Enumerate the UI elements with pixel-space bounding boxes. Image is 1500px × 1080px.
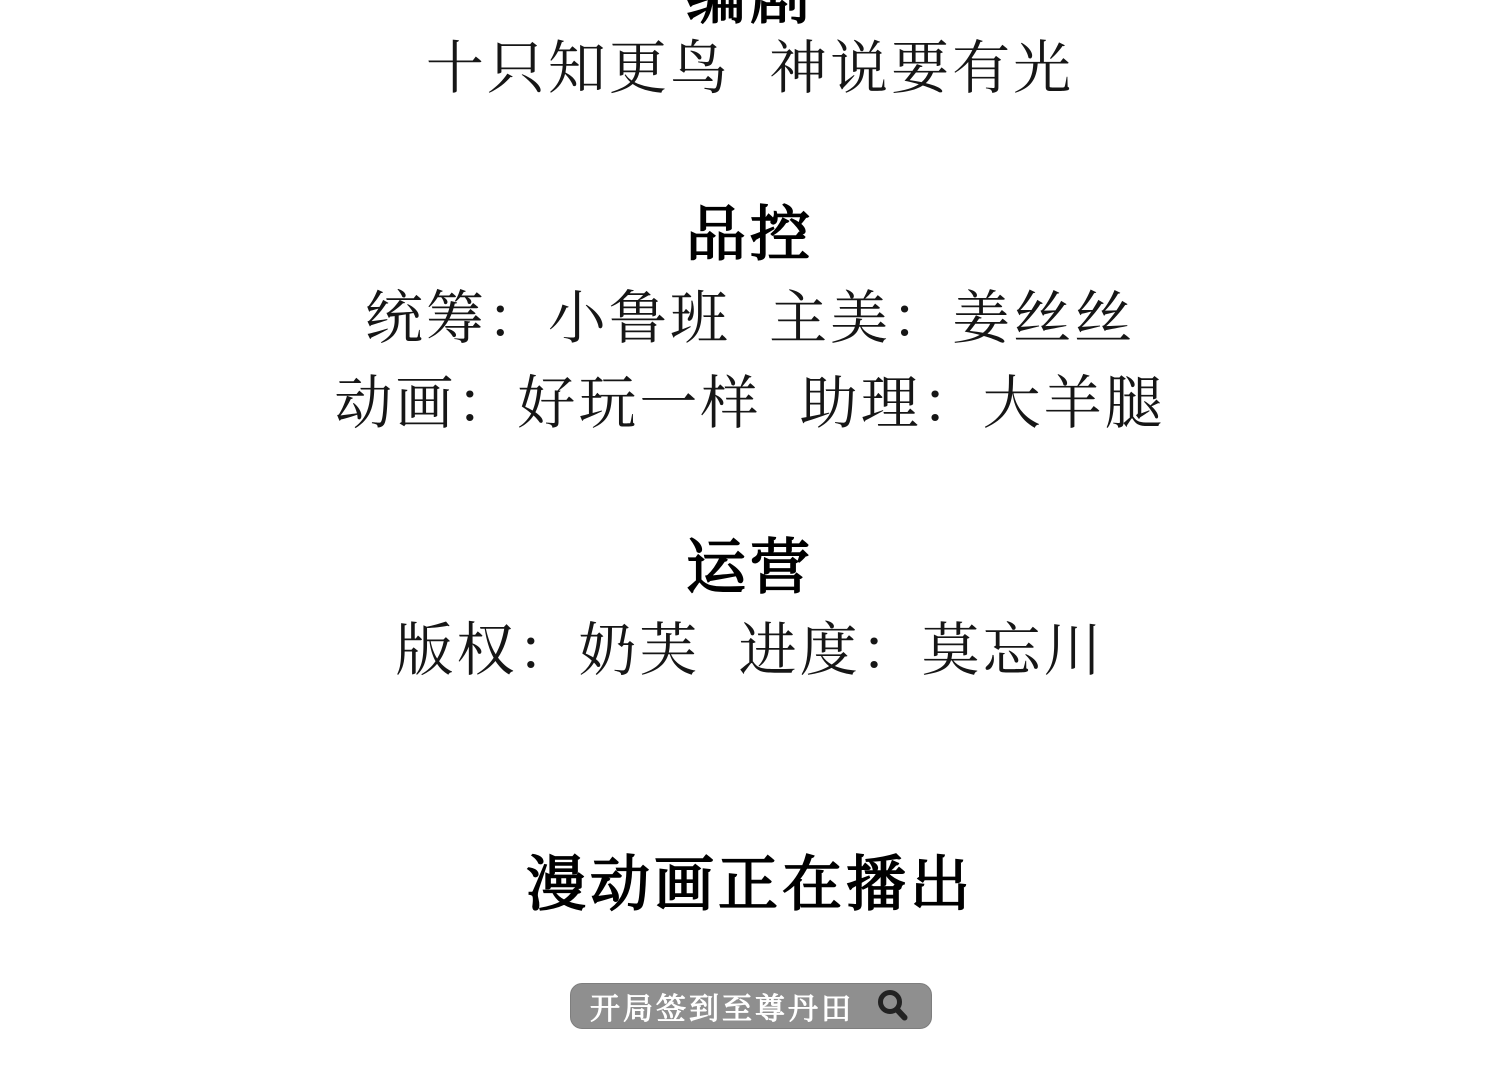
credits-page: 编剧 十只知更鸟 神说要有光 品控 统筹：小鲁班 主美：姜丝丝 动画：好玩一样 …: [0, 0, 1500, 1080]
broadcast-status-heading: 漫动画正在播出: [0, 855, 1500, 915]
quality-control-staff-line-1: 统筹：小鲁班 主美：姜丝丝: [0, 290, 1500, 348]
section-heading-writer: 编剧: [0, 0, 1500, 28]
magnifier-icon: [874, 987, 912, 1025]
section-heading-operations: 运营: [0, 538, 1500, 598]
section-heading-quality-control: 品控: [0, 205, 1500, 265]
operations-staff-line: 版权：奶芙 进度：莫忘川: [0, 622, 1500, 680]
series-search-pill[interactable]: 开局签到至尊丹田: [570, 983, 932, 1029]
series-title: 开局签到至尊丹田: [590, 984, 854, 1028]
writer-names-line: 十只知更鸟 神说要有光: [0, 40, 1500, 98]
quality-control-staff-line-2: 动画：好玩一样 助理：大羊腿: [0, 375, 1500, 433]
